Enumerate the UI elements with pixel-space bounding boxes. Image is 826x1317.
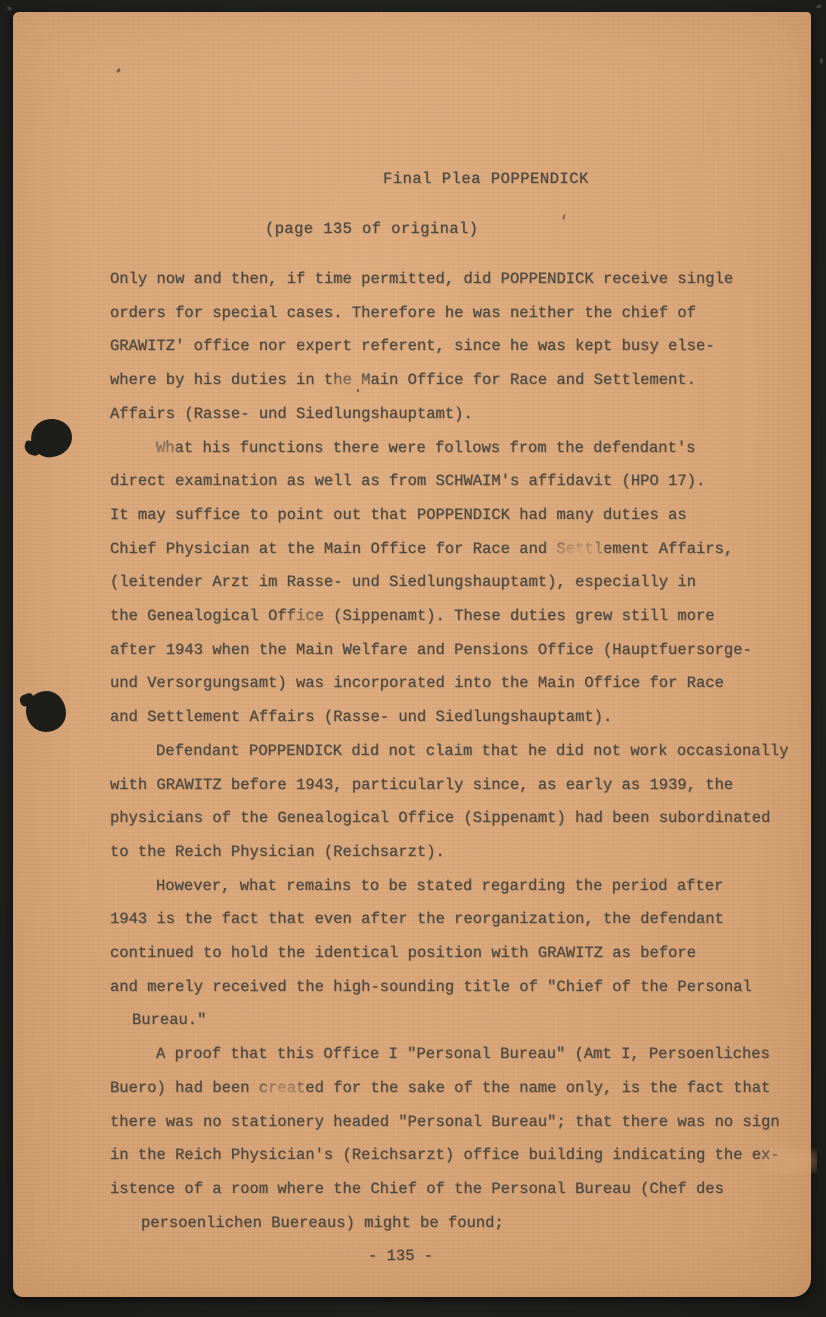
typed-line: and Settlement Affairs (Rasse- und Siedl… bbox=[110, 701, 826, 735]
typed-line: Chief Physician at the Main Office for R… bbox=[110, 533, 826, 567]
typed-line: where by his duties in the Main Office f… bbox=[110, 364, 826, 398]
document-page: Final Plea POPPENDICK (page 135 of origi… bbox=[13, 12, 811, 1297]
page-number: - 135 - bbox=[368, 1240, 433, 1274]
typed-line: continued to hold the identical position… bbox=[110, 937, 826, 971]
paper-speck bbox=[116, 68, 121, 74]
typed-line: orders for special cases. Therefore he w… bbox=[110, 297, 826, 331]
typed-line: after 1943 when the Main Welfare and Pen… bbox=[110, 634, 826, 668]
typed-line: However, what remains to be stated regar… bbox=[110, 870, 826, 904]
punch-hole-bottom bbox=[26, 691, 66, 732]
typed-line: It may suffice to point out that POPPEND… bbox=[110, 499, 826, 533]
page-reference-note: (page 135 of original) bbox=[265, 220, 478, 238]
document-body: Only now and then, if time permitted, di… bbox=[110, 263, 826, 1240]
typed-line: Bureau." bbox=[110, 1004, 826, 1038]
punch-hole-top bbox=[29, 416, 75, 459]
typed-line: GRAWITZ' office nor expert referent, sin… bbox=[110, 330, 826, 364]
typed-line: direct examination as well as from SCHWA… bbox=[110, 465, 826, 499]
typed-line: A proof that this Office I "Personal Bur… bbox=[110, 1038, 826, 1072]
document-title: Final Plea POPPENDICK bbox=[383, 170, 589, 188]
typed-line: und Versorgungsamt) was incorporated int… bbox=[110, 667, 826, 701]
typed-line: there was no stationery headed "Personal… bbox=[110, 1106, 826, 1140]
paper-speck bbox=[357, 389, 359, 392]
typed-line: Only now and then, if time permitted, di… bbox=[110, 263, 826, 297]
typed-line: istence of a room where the Chief of the… bbox=[110, 1173, 826, 1207]
typed-line: (leitender Arzt im Rasse- und Siedlungsh… bbox=[110, 566, 826, 600]
typed-line: 1943 is the fact that even after the reo… bbox=[110, 903, 826, 937]
typed-line: in the Reich Physician's (Reichsarzt) of… bbox=[110, 1139, 826, 1173]
typed-line: persoenlichen Buereaus) might be found; bbox=[110, 1207, 826, 1241]
typed-line: Affairs (Rasse- und Siedlungshauptamt). bbox=[110, 398, 826, 432]
typed-line: What his functions there were follows fr… bbox=[110, 432, 826, 466]
scan-dust-speck bbox=[7, 6, 13, 11]
typed-line: the Genealogical Office (Sippenamt). The… bbox=[110, 600, 826, 634]
typed-line: Buero) had been created for the sake of … bbox=[110, 1072, 826, 1106]
scan-background: Final Plea POPPENDICK (page 135 of origi… bbox=[0, 0, 826, 1317]
paper-speck bbox=[562, 214, 566, 220]
typed-line: to the Reich Physician (Reichsarzt). bbox=[110, 836, 826, 870]
typed-line: with GRAWITZ before 1943, particularly s… bbox=[110, 769, 826, 803]
typed-line: Defendant POPPENDICK did not claim that … bbox=[110, 735, 826, 769]
typed-line: physicians of the Genealogical Office (S… bbox=[110, 802, 826, 836]
typed-line: and merely received the high-sounding ti… bbox=[110, 971, 826, 1005]
scan-dust-speck bbox=[820, 58, 823, 64]
scan-dust-speck bbox=[816, 4, 823, 9]
